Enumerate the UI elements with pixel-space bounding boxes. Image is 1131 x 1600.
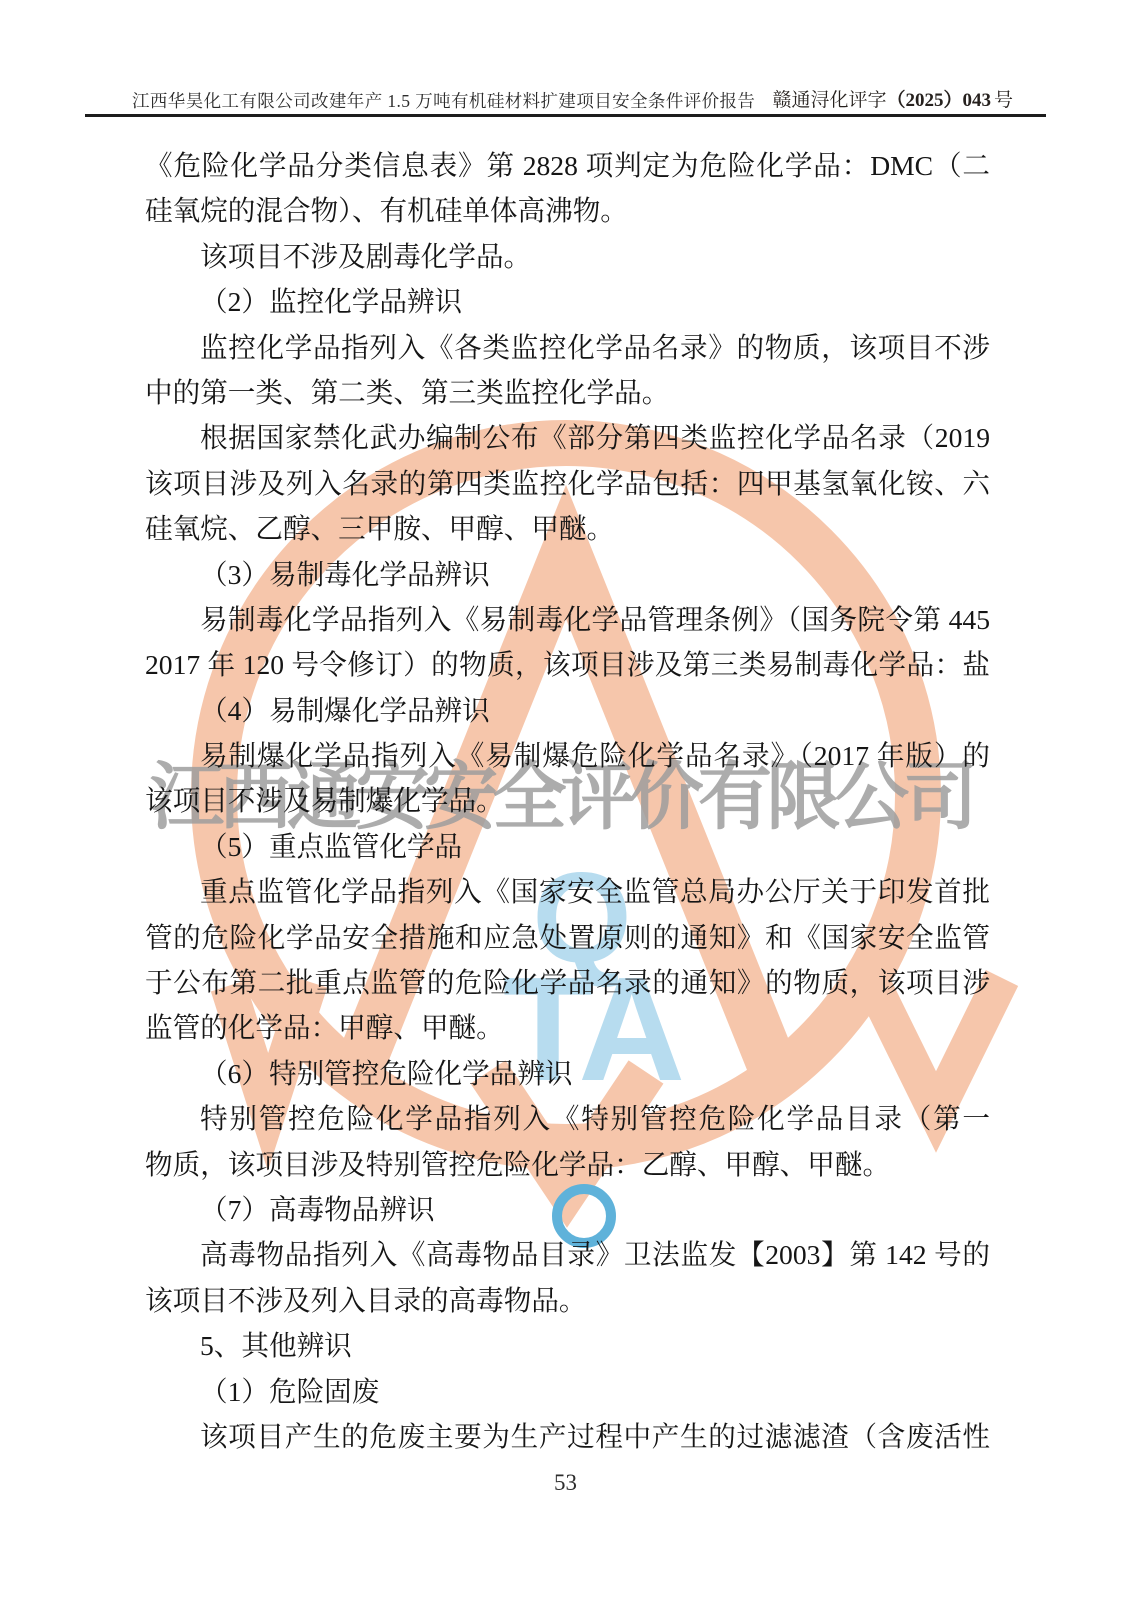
body-line: 硅氧烷的混合物）、有机硅单体高沸物。 bbox=[145, 188, 990, 233]
header-divider bbox=[85, 114, 1046, 117]
body-line: 《危险化学品分类信息表》第 2828 项判定为危险化学品：DMC（二甲基环 bbox=[145, 143, 990, 188]
body-line: （4）易制爆化学品辨识 bbox=[145, 688, 990, 733]
body-line: （5）重点监管化学品 bbox=[145, 824, 990, 869]
body-line: 物质，该项目涉及特别管控危险化学品：乙醇、甲醇、甲醚。 bbox=[145, 1142, 990, 1187]
body-line: （1）危险固废 bbox=[145, 1369, 990, 1414]
doc-number-prefix: 赣通浔化评字 bbox=[772, 90, 886, 111]
body-line: （6）特别管控危险化学品辨识 bbox=[145, 1051, 990, 1096]
body-line: 该项目产生的危废主要为生产过程中产生的过滤滤渣（含废活性炭、废 bbox=[145, 1414, 990, 1459]
document-body: 《危险化学品分类信息表》第 2828 项判定为危险化学品：DMC（二甲基环 硅氧… bbox=[145, 143, 990, 1459]
body-line: 该项目不涉及剧毒化学品。 bbox=[145, 234, 990, 279]
body-line: 重点监管化学品指列入《国家安全监管总局办公厅关于印发首批重点监 bbox=[145, 869, 990, 914]
body-line: 2017 年 120 号令修订）的物质，该项目涉及第三类易制毒化学品：盐酸。 bbox=[145, 642, 990, 687]
body-line: 5、其他辨识 bbox=[145, 1323, 990, 1368]
body-line: （7）高毒物品辨识 bbox=[145, 1187, 990, 1232]
body-line: 中的第一类、第二类、第三类监控化学品。 bbox=[145, 370, 990, 415]
report-title: 江西华昊化工有限公司改建年产 1.5 万吨有机硅材料扩建项目安全条件评价报告 bbox=[132, 88, 755, 113]
body-line: 该项目不涉及列入目录的高毒物品。 bbox=[145, 1278, 990, 1323]
body-line: 易制爆化学品指列入《易制爆危险化学品名录》（2017 年版）的物质， bbox=[145, 733, 990, 778]
body-line: 易制毒化学品指列入《易制毒化学品管理条例》（国务院令第 445 号， bbox=[145, 597, 990, 642]
body-line: 监管的化学品：甲醇、甲醚。 bbox=[145, 1005, 990, 1050]
doc-number-suffix: 号 bbox=[994, 90, 1013, 111]
body-line: 该项目不涉及易制爆化学品。 bbox=[145, 778, 990, 823]
body-line: 监控化学品指列入《各类监控化学品名录》的物质，该项目不涉及名录 bbox=[145, 325, 990, 370]
body-line: 硅氧烷、乙醇、三甲胺、甲醇、甲醚。 bbox=[145, 506, 990, 551]
body-line: （2）监控化学品辨识 bbox=[145, 279, 990, 324]
page-number: 53 bbox=[0, 1470, 1131, 1496]
doc-number: 赣通浔化评字（2025）043号 bbox=[772, 85, 1013, 112]
body-line: 于公布第二批重点监管的危险化学品名录的通知》的物质，该项目涉及重点 bbox=[145, 960, 990, 1005]
doc-number-value: （2025）043 bbox=[886, 90, 991, 111]
body-line: 根据国家禁化武办编制公布《部分第四类监控化学品名录（2019版）》， bbox=[145, 415, 990, 460]
body-line: 特别管控危险化学品指列入《特别管控危险化学品目录（第一版）》的 bbox=[145, 1096, 990, 1141]
body-line: 高毒物品指列入《高毒物品目录》卫法监发【2003】第 142 号的物质， bbox=[145, 1232, 990, 1277]
body-line: 该项目涉及列入名录的第四类监控化学品包括：四甲基氢氧化铵、六甲基二 bbox=[145, 461, 990, 506]
document-page: Q TA 江西通安安全评价有限公司 江西华昊化工有限公司改建年产 1.5 万吨有… bbox=[0, 0, 1131, 1600]
body-line: 管的危险化学品安全措施和应急处置原则的通知》和《国家安全监管总局关 bbox=[145, 915, 990, 960]
body-line: （3）易制毒化学品辨识 bbox=[145, 552, 990, 597]
